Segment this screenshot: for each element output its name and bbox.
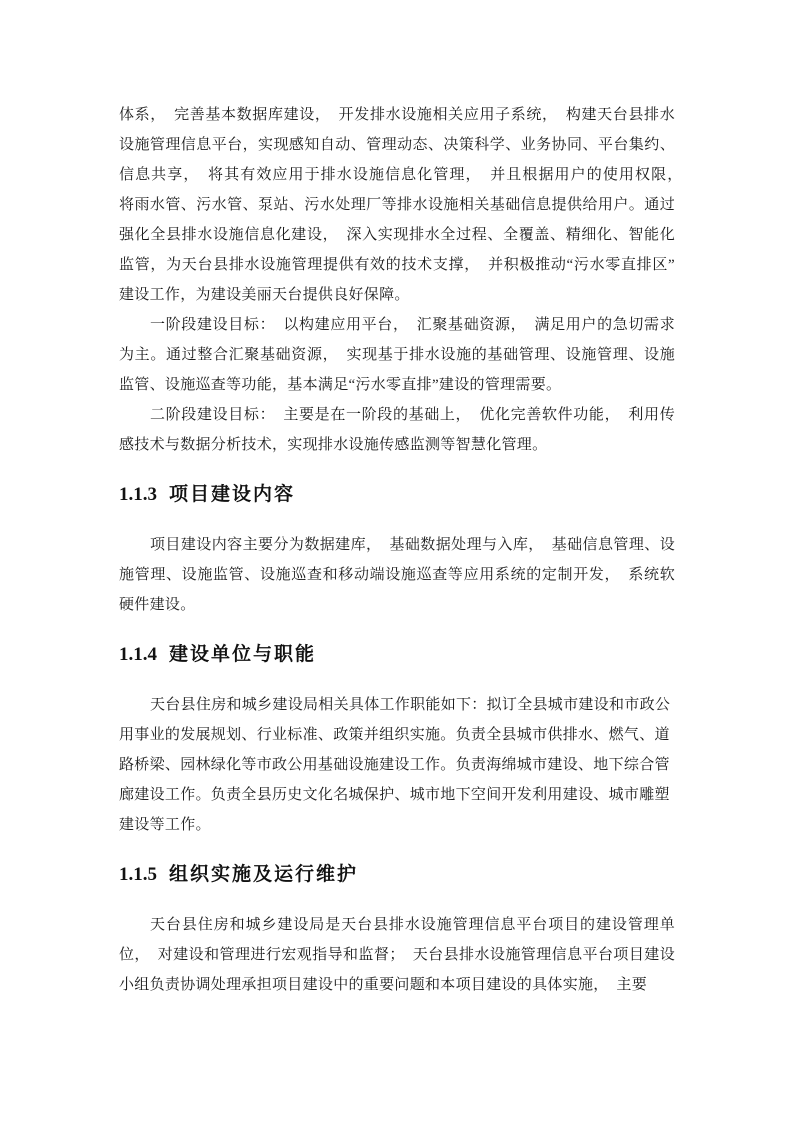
section-title: 组织实施及运行维护 — [169, 864, 358, 885]
paragraph: 天台县住房和城乡建设局是天台县排水设施管理信息平台项目的建设管理单位， 对建设和… — [119, 910, 675, 1000]
section-number: 1.1.5 — [119, 864, 157, 885]
paragraph: 二阶段建设目标： 主要是在一阶段的基础上， 优化完善软件功能， 利用传感技术与数… — [119, 400, 675, 460]
paragraph: 体系， 完善基本数据库建设， 开发排水设施相关应用子系统， 构建天台县排水设施管… — [119, 100, 675, 310]
section-number: 1.1.3 — [119, 484, 157, 505]
section-heading: 1.1.3项目建设内容 — [119, 476, 675, 514]
section-title: 建设单位与职能 — [169, 644, 316, 665]
section-heading: 1.1.5组织实施及运行维护 — [119, 856, 675, 894]
paragraph: 天台县住房和城乡建设局相关具体工作职能如下：拟订全县城市建设和市政公用事业的发展… — [119, 690, 675, 840]
section-heading: 1.1.4建设单位与职能 — [119, 636, 675, 674]
section-title: 项目建设内容 — [169, 484, 295, 505]
paragraph: 一阶段建设目标： 以构建应用平台， 汇聚基础资源， 满足用户的急切需求为主。通过… — [119, 310, 675, 400]
paragraph: 项目建设内容主要分为数据建库， 基础数据处理与入库， 基础信息管理、设施管理、设… — [119, 530, 675, 620]
document-page: 体系， 完善基本数据库建设， 开发排水设施相关应用子系统， 构建天台县排水设施管… — [0, 0, 793, 1122]
document-content: 体系， 完善基本数据库建设， 开发排水设施相关应用子系统， 构建天台县排水设施管… — [119, 100, 675, 1000]
section-number: 1.1.4 — [119, 644, 157, 665]
